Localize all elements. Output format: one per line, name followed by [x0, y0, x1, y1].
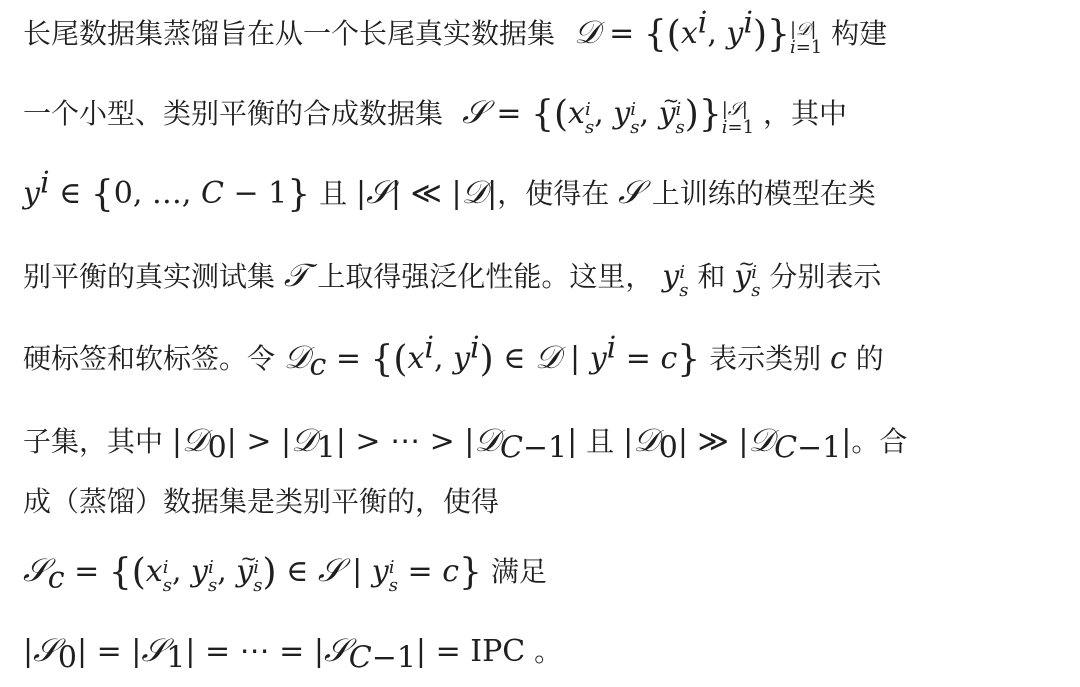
text: 。 — [534, 635, 562, 668]
text: 且 — [586, 425, 614, 458]
text: 的 — [856, 342, 884, 375]
math-synthetic-S: 𝒮 — [452, 93, 487, 131]
paragraph-line-2: 一个小型、类别平衡的合成数据集 𝒮 = {(xis, yis, yis)}|𝒮|… — [23, 92, 847, 132]
paragraph-line-6: 子集，其中 |𝒟0| > |𝒟1| > ⋯ > |𝒟C−1| 且 |𝒟0| ≫ … — [23, 420, 907, 460]
math-label-set: y — [23, 176, 40, 211]
math-operator: = — [600, 16, 644, 51]
text: 成（蒸馏）数据集是类别平衡的，使得 — [23, 485, 499, 518]
text: 一个小型、类别平衡的合成数据集 — [23, 97, 443, 130]
math-synthetic-class-subset: 𝒮 — [23, 551, 48, 589]
math-limits: |𝒮|i=1 — [722, 101, 754, 137]
math-var: x — [681, 16, 698, 51]
text: 分别表示 — [769, 260, 881, 293]
math-size-relation: | — [356, 176, 366, 211]
math-brace: {( — [644, 14, 681, 55]
paragraph-line-9: |𝒮0| = |𝒮1| = ⋯ = |𝒮C−1| = IPC 。 — [23, 630, 562, 670]
text: 。合 — [851, 425, 907, 458]
text: 满足 — [491, 555, 547, 588]
math-ipc-equality: | — [23, 634, 33, 669]
math-ordering: | — [172, 424, 182, 459]
text: 长尾数据集蒸馏旨在从一个长尾真实数据集 — [23, 17, 555, 50]
math-limits: |𝒟|i=1 — [790, 21, 822, 57]
math-soft-label: y — [734, 257, 751, 297]
text: 和 — [697, 260, 725, 293]
text: 构建 — [831, 17, 887, 50]
text: 且 — [319, 177, 347, 210]
paragraph-line-7: 成（蒸馏）数据集是类别平衡的，使得 — [23, 482, 499, 522]
text: 上训练的模型在类 — [652, 177, 876, 210]
math-class-subset: 𝒟 — [284, 338, 310, 376]
math-hard-label: y — [662, 259, 679, 294]
paragraph-line-8: 𝒮c = {(xis, yis, yis) ∈ 𝒮 | yis = c} 满足 — [23, 550, 547, 590]
math-dataset-D: 𝒟 — [564, 13, 600, 51]
math-S: 𝒮 — [618, 173, 643, 211]
text: 硬标签和软标签。令 — [23, 342, 275, 375]
paragraph-line-4: 别平衡的真实测试集 𝒯 上取得强泛化性能。这里， yis 和 yis 分别表示 — [23, 255, 881, 295]
paragraph-line-1: 长尾数据集蒸馏旨在从一个长尾真实数据集 𝒟 = {(xi, yi)}|𝒟|i=1… — [23, 12, 887, 52]
text: ，使得在 — [497, 177, 609, 210]
text: ，其中 — [763, 97, 847, 130]
text: 子集，其中 — [23, 425, 163, 458]
math-test-set-T: 𝒯 — [284, 256, 309, 294]
math-c: c — [830, 341, 847, 376]
text: 上取得强泛化性能。这里， — [317, 260, 653, 293]
math-imbalance: | — [623, 424, 633, 459]
paragraph-line-3: yi ∈ {0, …, C − 1} 且 |𝒮| ≪ |𝒟|，使得在 𝒮 上训练… — [23, 172, 876, 212]
text: 表示类别 — [709, 342, 821, 375]
paragraph-line-5: 硬标签和软标签。令 𝒟c = {(xi, yi) ∈ 𝒟 | yi = c} 表… — [23, 337, 884, 377]
text: 别平衡的真实测试集 — [23, 260, 275, 293]
